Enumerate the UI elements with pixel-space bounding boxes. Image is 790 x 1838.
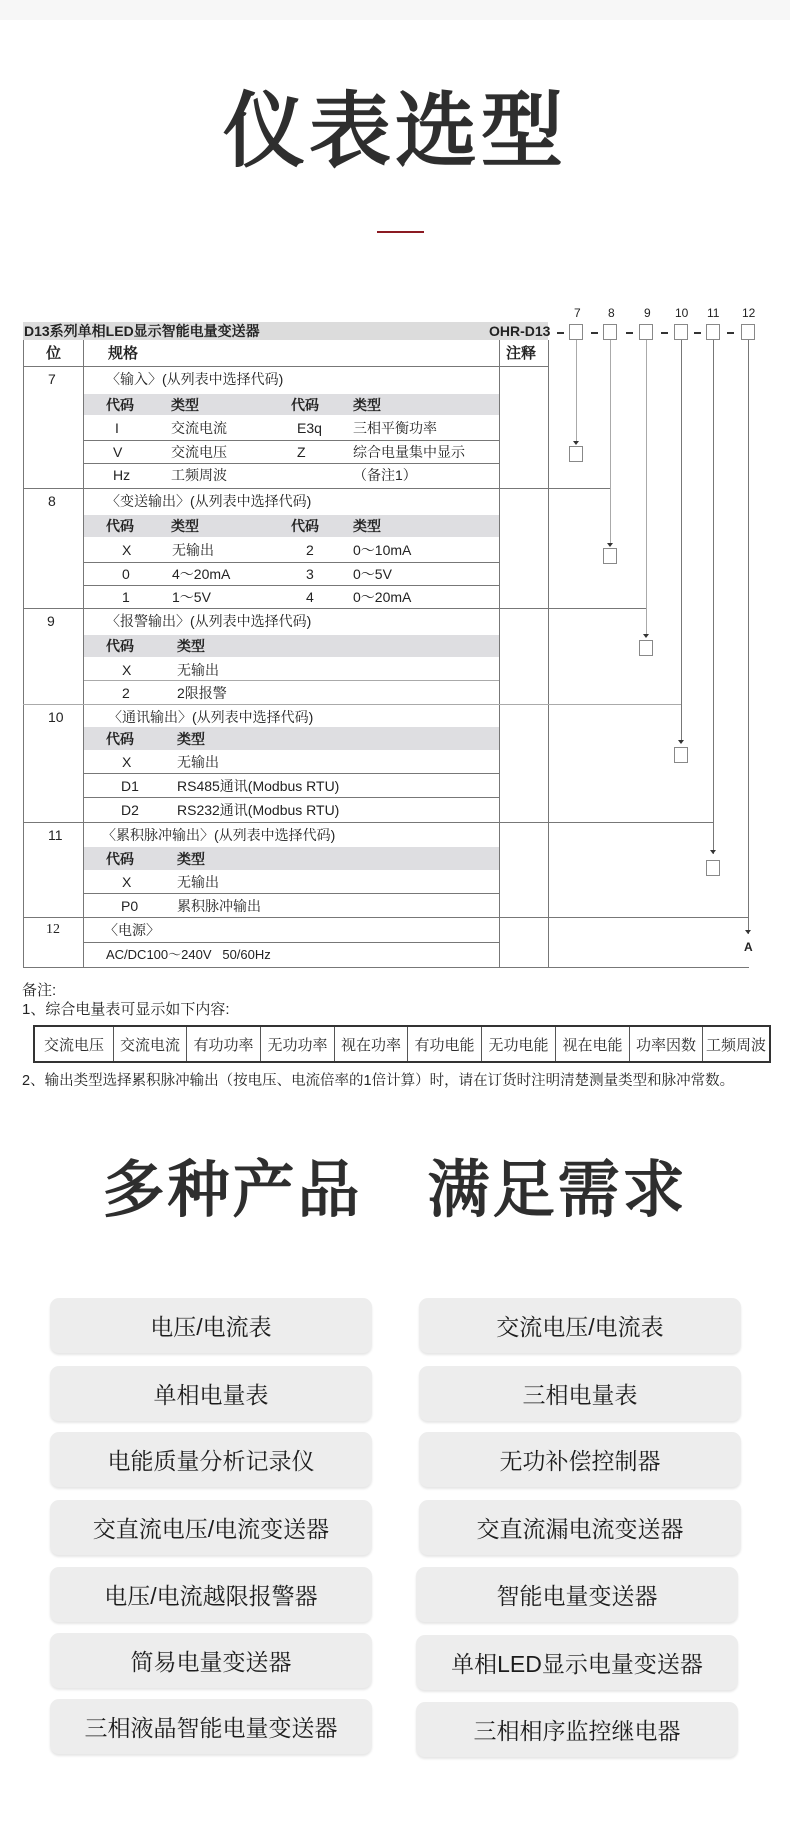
group-9-label: 〈报警输出〉(从列表中选择代码) [106,614,311,628]
dash [661,332,668,334]
display-item: 有功电能 [408,1027,482,1061]
code-cell: X [122,663,131,677]
header-note: 注释 [506,346,536,361]
display-items-table: 交流电压 交流电流 有功功率 无功功率 视在功率 有功电能 无功电能 视在电能 … [33,1025,771,1063]
group-separator [23,822,713,823]
product-button[interactable]: 交直流漏电流变送器 [419,1500,741,1555]
arrow-down-icon [607,543,613,547]
code-cell: 2 [306,543,314,557]
type-header: 类型 [177,639,205,653]
title-underline [377,231,424,233]
arrow-down-icon [643,634,649,638]
top-band [0,0,790,20]
row-line [84,797,499,798]
header-bottom-line [23,366,549,367]
code-cell: 4 [306,590,314,604]
product-button[interactable]: 电压/电流越限报警器 [50,1567,372,1622]
product-button[interactable]: 三相电量表 [419,1366,741,1421]
note-1: 1、综合电量表可显示如下内容: [22,1002,230,1017]
power-spec: AC/DC100～240V 50/60Hz [106,948,271,961]
header-spec: 规格 [108,346,138,361]
code-header: 代码 [106,639,134,653]
code-cell: E3q [297,421,322,435]
product-button[interactable]: 交直流电压/电流变送器 [50,1500,372,1555]
section-title-products: 多种产品 满足需求 [0,1150,790,1230]
code-cell: Z [297,445,306,459]
code-box-10 [674,324,688,340]
select-box-8 [603,548,617,564]
arrow-down-icon [745,930,751,934]
product-title: D13系列单相LED显示智能电量变送器 [24,324,260,338]
type-cell: 交流电压 [171,445,227,459]
type-cell: 累积脉冲输出 [177,899,261,913]
code-cell: I [115,421,119,435]
table-divider-note [499,340,500,967]
header-position: 位 [46,346,61,361]
group-separator [23,704,681,705]
connector-7 [576,340,577,442]
row-line [84,680,499,681]
display-item: 视在功率 [335,1027,408,1061]
code-position-label: 10 [675,307,688,319]
type-header: 类型 [353,519,381,533]
type-cell: 4～20mA [172,567,230,581]
group-10-label: 〈通讯输出〉(从列表中选择代码) [108,710,313,724]
model-prefix: OHR-D13 [489,324,550,338]
product-button[interactable]: 三相相序监控继电器 [416,1702,738,1757]
display-item: 视在电能 [556,1027,630,1061]
arrow-down-icon [710,850,716,854]
pos-9: 9 [47,614,55,628]
select-box-10 [674,747,688,763]
dash [557,332,564,334]
product-button[interactable]: 单相LED显示电量变送器 [416,1635,738,1690]
code-cell: P0 [121,899,138,913]
pos-10: 10 [48,710,64,724]
table-border-left [23,340,24,967]
product-button[interactable]: 电能质量分析记录仪 [50,1432,372,1487]
dash [626,332,633,334]
code-cell: 0 [122,567,130,581]
display-item: 无功电能 [482,1027,556,1061]
pos-11: 11 [48,828,63,842]
row-line [84,585,499,586]
subheader-bg [84,727,499,750]
code-position-label: 12 [742,307,755,319]
product-button[interactable]: 单相电量表 [50,1366,372,1421]
code-position-label: 11 [707,307,719,319]
code-header: 代码 [106,519,134,533]
code-cell: D1 [121,779,139,793]
connector-9 [646,340,647,635]
row-line [84,942,499,943]
code-cell: X [122,875,131,889]
section-title-selection: 仪表选型 [0,82,790,182]
display-item: 功率因数 [630,1027,703,1061]
code-cell: 1 [122,590,130,604]
row-line [84,463,499,464]
code-header: 代码 [106,732,134,746]
code-position-label: 8 [608,307,615,319]
product-button[interactable]: 无功补偿控制器 [419,1432,741,1487]
type-cell: RS485通讯(Modbus RTU) [177,779,339,793]
code-cell: Hz [113,468,130,482]
dash [727,332,734,334]
code-box-7 [569,324,583,340]
connector-11 [713,340,714,854]
product-button[interactable]: 智能电量变送器 [416,1567,738,1622]
type-cell: 无输出 [177,663,219,677]
code-header: 代码 [106,852,134,866]
type-cell: 0～20mA [353,590,411,604]
select-box-11 [706,860,720,876]
type-header: 类型 [171,398,199,412]
type-cell: 2限报警 [177,686,227,700]
code-header: 代码 [291,398,319,412]
select-box-9 [639,640,653,656]
display-item: 无功功率 [261,1027,335,1061]
dash [694,332,701,334]
type-header: 类型 [177,732,205,746]
connector-10 [681,340,682,742]
group-separator [23,917,748,918]
code-cell: 3 [306,567,314,581]
code-cell: X [122,543,131,557]
type-cell: 无输出 [172,543,214,557]
type-cell: 交流电流 [171,421,227,435]
notes-heading: 备注: [22,983,56,998]
code-cell: D2 [121,803,139,817]
arrow-down-icon [573,441,579,445]
code-box-9 [639,324,653,340]
row-line [84,773,499,774]
power-code: A [744,941,753,953]
note-2: 2、输出类型选择累积脉冲输出（按电压、电流倍率的1倍计算）时，请在订货时注明清楚… [22,1074,734,1089]
group-separator [23,488,611,489]
group-11-label: 〈累积脉冲输出〉(从列表中选择代码) [102,828,335,842]
type-cell: 工频周波 [171,468,227,482]
subheader-bg [84,635,499,657]
type-cell: 无输出 [177,755,219,769]
display-item: 有功功率 [187,1027,261,1061]
table-border-right [548,340,549,967]
subheader-bg [84,847,499,870]
select-box-7 [569,446,583,462]
type-cell: 综合电量集中显示 [353,445,465,459]
product-button[interactable]: 交流电压/电流表 [419,1298,741,1353]
dash [591,332,598,334]
display-item: 交流电压 [35,1027,114,1061]
type-cell: 0～5V [353,567,392,581]
code-cell: V [113,445,122,459]
row-line [84,440,499,441]
code-cell: 2 [122,686,130,700]
row-line [84,562,499,563]
display-item: 工频周波 [703,1027,769,1061]
type-cell: （备注1） [353,468,417,482]
table-bottom-line [23,967,749,968]
display-item: 交流电流 [114,1027,187,1061]
code-position-label: 9 [644,307,651,319]
type-cell: 三相平衡功率 [353,421,437,435]
product-button[interactable]: 电压/电流表 [50,1298,372,1353]
code-box-12 [741,324,755,340]
code-position-label: 7 [574,307,581,319]
code-cell: X [122,755,131,769]
connector-12 [748,340,749,934]
group-8-label: 〈变送输出〉(从列表中选择代码) [106,494,311,508]
type-cell: 1～5V [172,590,211,604]
group-12-label: 〈电源〉 [104,923,160,937]
pos-12: 12 [46,923,60,937]
code-box-8 [603,324,617,340]
group-separator [23,608,647,609]
product-button[interactable]: 三相液晶智能电量变送器 [50,1699,372,1754]
code-header: 代码 [106,398,134,412]
pos-7: 7 [48,372,56,386]
code-box-11 [706,324,720,340]
type-cell: RS232通讯(Modbus RTU) [177,803,339,817]
row-line [84,893,499,894]
type-header: 类型 [171,519,199,533]
arrow-down-icon [678,740,684,744]
type-cell: 0～10mA [353,543,411,557]
product-button[interactable]: 简易电量变送器 [50,1633,372,1688]
pos-8: 8 [48,494,56,508]
group-7-label: 〈输入〉(从列表中选择代码) [106,372,283,386]
type-header: 类型 [177,852,205,866]
connector-8 [610,340,611,544]
code-header: 代码 [291,519,319,533]
type-header: 类型 [353,398,381,412]
type-cell: 无输出 [177,875,219,889]
